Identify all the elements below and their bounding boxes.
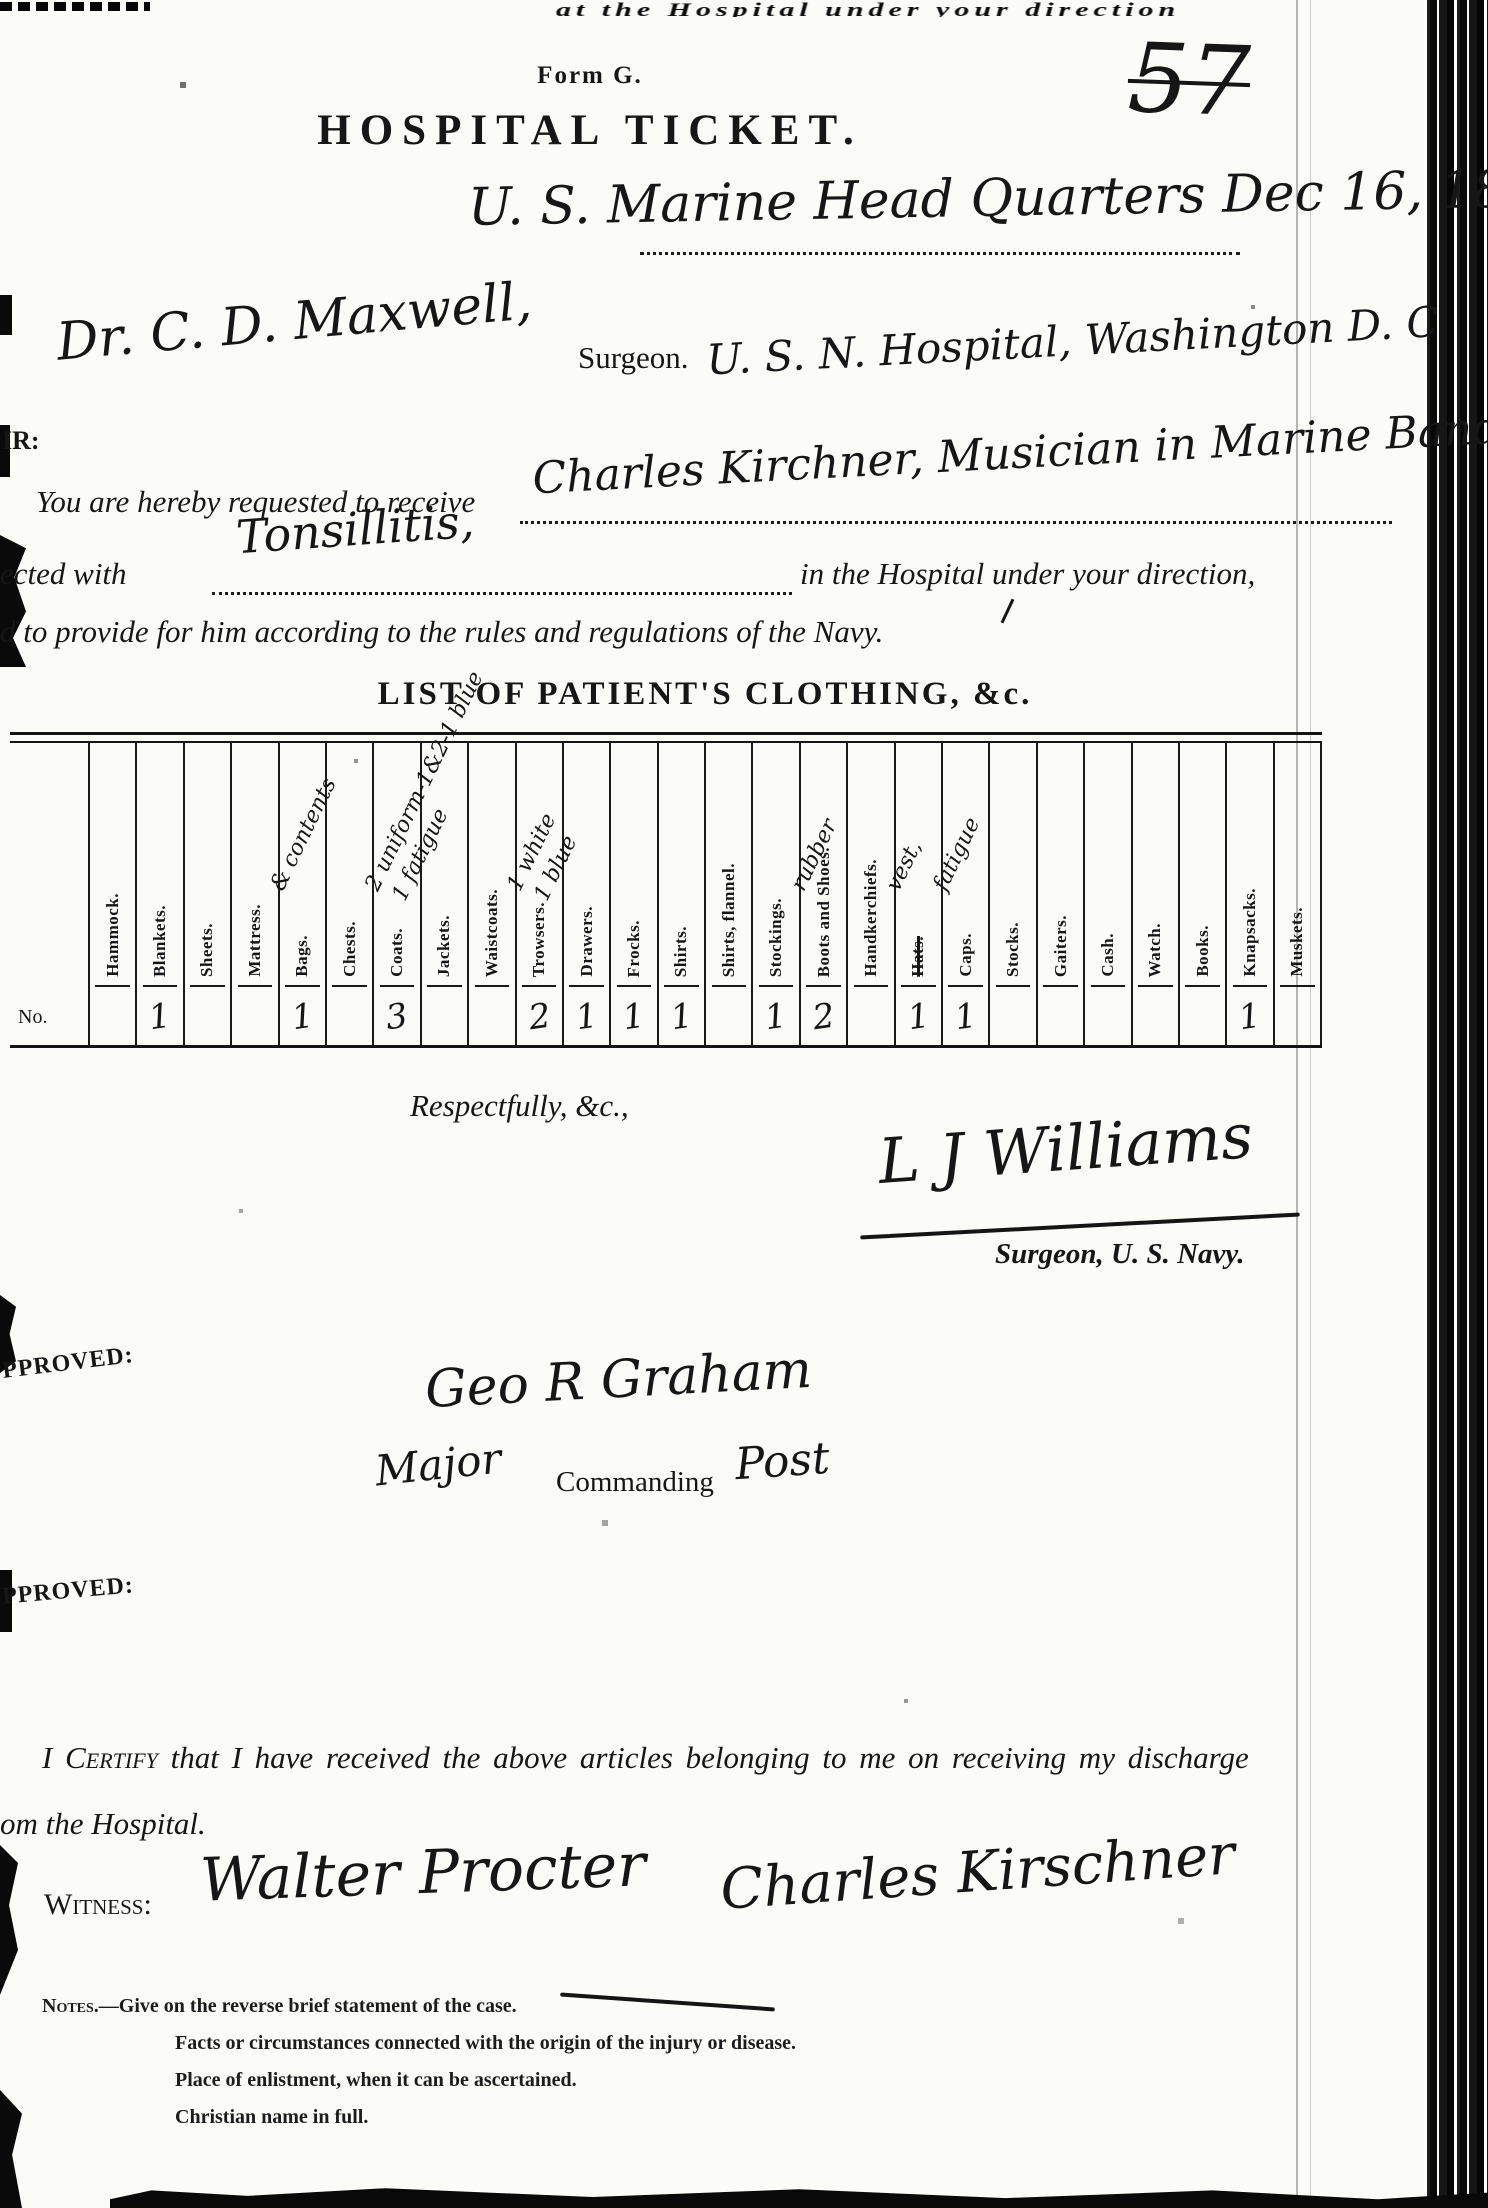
page-title: HOSPITAL TICKET.	[0, 106, 1180, 155]
column-header: Handkerchiefs.	[861, 859, 881, 977]
clothing-column: Handkerchiefs.	[846, 741, 893, 1045]
signature-flourish	[860, 1212, 1300, 1239]
sir-fragment: IR:	[2, 426, 40, 456]
left-edge-ink	[0, 295, 12, 335]
hospital-direction-phrase: in the Hospital under your direction,	[800, 556, 1255, 592]
affected-with-fragment: ected with	[0, 556, 127, 592]
hospital-ticket-scan: at the Hospital under your direction 57 …	[0, 0, 1488, 2208]
clothing-column: Caps.fatigue1	[941, 741, 988, 1045]
bottom-edge-shadow	[110, 2186, 1488, 2208]
clothing-table: No. Hammock.Blankets.1Sheets.Mattress.Ba…	[10, 732, 1322, 1048]
column-header: Hammock.	[103, 893, 123, 977]
column-header: Gaiters.	[1051, 915, 1071, 977]
date-rule	[640, 252, 1240, 255]
form-label: Form G.	[0, 62, 1180, 90]
column-value: 1	[893, 994, 944, 1040]
column-header: Books.	[1193, 925, 1213, 977]
column-value: 1	[751, 994, 802, 1040]
clothing-column: Frocks.1	[609, 741, 656, 1045]
scan-speckles	[0, 0, 2, 2]
column-header: Knapsacks.	[1240, 888, 1260, 977]
handwritten-date-line: U. S. Marine Head Quarters Dec 16, 1866 …	[468, 158, 1488, 238]
note-line: Christian name in full.	[175, 2099, 796, 2136]
clothing-column: Gaiters.	[1036, 741, 1083, 1045]
column-header: Bags.	[292, 935, 312, 977]
clothing-column: Trowsers.1 white1 blue2	[515, 741, 562, 1045]
witness-signature: Walter Procter	[199, 1830, 647, 1916]
column-header: Watch.	[1145, 923, 1165, 977]
clothing-column: Blankets.1	[135, 741, 182, 1045]
column-header: Waistcoats.	[482, 889, 502, 977]
approved-label: PPROVED:	[1, 1342, 135, 1385]
notes-block: Notes.—Give on the reverse brief stateme…	[42, 1988, 796, 2136]
column-value: 1	[135, 994, 186, 1040]
row-label-no: No.	[18, 1006, 47, 1029]
name-rule	[520, 521, 1392, 524]
approved-label-2: PPROVED:	[1, 1572, 135, 1610]
column-header: Stocks.	[1003, 922, 1023, 977]
approver-rank-handwriting: Major	[373, 1434, 504, 1496]
clothing-column: Stocks.	[988, 741, 1035, 1045]
clothing-column: Hats.vest,1	[894, 741, 941, 1045]
column-header: Hats.	[908, 936, 928, 977]
column-header: Stockings.	[766, 898, 786, 977]
column-header: Coats.	[387, 928, 407, 977]
clothing-column: Cash.	[1083, 741, 1130, 1045]
note-line: Notes.—Give on the reverse brief stateme…	[42, 1988, 796, 2025]
column-header: Chests.	[340, 921, 360, 977]
surgeon-signature: L J Williams	[876, 1099, 1255, 1198]
clothing-column: Coats.2 uniform-1&2-1 blue1 fatigue3	[372, 741, 419, 1045]
surgeon-navy-title: Surgeon, U. S. Navy.	[995, 1238, 1244, 1271]
clothing-column: Waistcoats.	[467, 741, 514, 1045]
clothing-list-title: LIST OF PATIENT'S CLOTHING, &c.	[100, 676, 1310, 713]
top-edge-bleed-text: at the Hospital under your direction	[556, 0, 1466, 17]
clothing-column: Mattress.	[230, 741, 277, 1045]
column-value: 3	[372, 994, 423, 1040]
column-header: Mattress.	[245, 904, 265, 977]
clothing-column: Shirts, flannel.	[704, 741, 751, 1045]
approver-signature: Geo R Graham	[424, 1340, 814, 1420]
note-line: Place of enlistment, when it can be asce…	[175, 2062, 796, 2099]
clothing-column: Drawers.1	[562, 741, 609, 1045]
column-value: 2	[514, 994, 565, 1040]
column-header: Caps.	[956, 933, 976, 977]
clothing-column: Watch.	[1131, 741, 1178, 1045]
column-value: 2	[798, 994, 849, 1040]
provide-line-fragment: d to provide for him according to the ru…	[0, 614, 883, 650]
commanding-label: Commanding	[556, 1466, 714, 1499]
clothing-column: Hammock.	[88, 741, 135, 1045]
surgeon-label: Surgeon.	[578, 340, 689, 376]
column-value: 1	[1225, 994, 1276, 1040]
patient-name-handwriting: Charles Kirchner, Musician in Marine Ban…	[531, 403, 1488, 505]
column-header: Muskets.	[1287, 907, 1307, 977]
post-handwriting: Post	[733, 1433, 831, 1490]
clothing-column: Books.	[1178, 741, 1225, 1045]
respectfully-line: Respectfully, &c.,	[410, 1088, 629, 1124]
note-line: Facts or circumstances connected with th…	[175, 2025, 796, 2062]
surgeon-station-handwriting: U. S. N. Hospital, Washington D. C.	[705, 297, 1451, 385]
left-edge-ink	[0, 1845, 18, 1995]
clothing-column: Knapsacks.1	[1225, 741, 1272, 1045]
patient-signature: Charles Kirschner	[718, 1822, 1237, 1923]
top-left-smudge	[0, 2, 150, 11]
addressee-signature: Dr. C. D. Maxwell,	[54, 271, 534, 372]
from-hospital-fragment: om the Hospital.	[0, 1806, 206, 1842]
stray-pen-mark	[1001, 599, 1015, 624]
certify-word: Certify	[65, 1740, 158, 1775]
witness-label: Witness:	[44, 1888, 152, 1922]
column-header: Sheets.	[197, 923, 217, 977]
clothing-column: Shirts.1	[657, 741, 704, 1045]
column-header: Trowsers.	[529, 902, 549, 977]
disease-rule	[212, 592, 792, 595]
column-header: Frocks.	[624, 920, 644, 978]
column-header: Blankets.	[150, 905, 170, 977]
clothing-column: Muskets.	[1273, 741, 1322, 1045]
column-value: 1	[940, 994, 991, 1040]
column-header: Cash.	[1098, 933, 1118, 977]
column-header: Shirts, flannel.	[719, 863, 739, 977]
certify-line: I Certify that I have received the above…	[42, 1740, 1249, 1776]
column-value: 1	[561, 994, 612, 1040]
clothing-columns: Hammock.Blankets.1Sheets.Mattress.Bags.&…	[88, 741, 1322, 1045]
clothing-column: Boots and Shoes.rubber2	[799, 741, 846, 1045]
column-value: 1	[609, 994, 660, 1040]
clothing-column: Stockings.1	[751, 741, 798, 1045]
column-value: 1	[277, 994, 328, 1040]
left-edge-ink	[0, 2090, 22, 2208]
column-header: Jackets.	[434, 915, 454, 977]
column-header: Drawers.	[577, 906, 597, 977]
column-value: 1	[656, 994, 707, 1040]
table-top-rule	[10, 732, 1322, 735]
clothing-column: Bags.& contents1	[278, 741, 325, 1045]
column-header: Shirts.	[671, 926, 691, 977]
clothing-column: Sheets.	[183, 741, 230, 1045]
